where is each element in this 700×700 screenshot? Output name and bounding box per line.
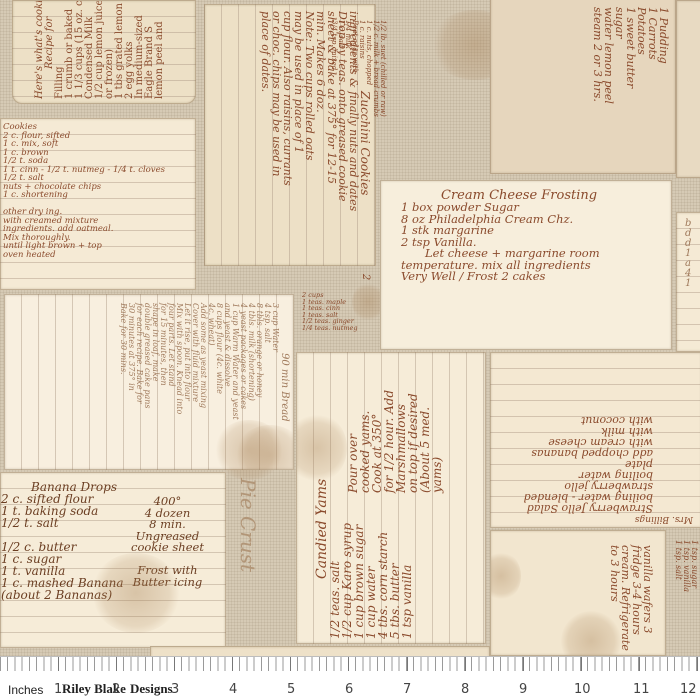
direction-line: Very Well / Frost 2 cakes bbox=[401, 271, 600, 283]
card-title: 90 min Bread bbox=[279, 303, 289, 422]
ruler-major-tick bbox=[232, 657, 233, 671]
direction-line: 8 cups flour (4c. white bbox=[215, 303, 223, 422]
direction-line: boiling water - blended bbox=[524, 492, 693, 503]
ingredient-line: 1 sweet butter bbox=[625, 7, 636, 104]
direction-line: shape in loaf, make bbox=[151, 303, 159, 422]
ingredient-line: 1 tsp vanilla bbox=[401, 479, 413, 639]
ruler-major-tick bbox=[290, 657, 291, 671]
ingredient-line: lemon peel and bbox=[155, 0, 165, 99]
direction-line: cup flour. Also raisins, currants bbox=[282, 11, 293, 211]
direction-line: may be used in place of 1 bbox=[293, 11, 304, 211]
pie-crust-title: Pie Crust bbox=[238, 478, 258, 572]
direction-line: four parts. Let stand bbox=[167, 303, 175, 422]
ingredient-line: 1 c. nuts, chopped bbox=[365, 20, 372, 117]
ruler-number: 4 bbox=[229, 682, 237, 697]
lemon-pie-text: Here's what's cookin Recipe for Filling … bbox=[35, 0, 165, 99]
ingredient-line: 1 tsp. sugar bbox=[690, 540, 698, 592]
ingredient-line: 1 tsp. vanilla bbox=[682, 540, 690, 592]
jello-salad-rotated: Mrs. Billings Strawberry Jello Salad boi… bbox=[491, 353, 700, 528]
ruler-number: 6 bbox=[345, 682, 353, 697]
direction-line: Bake for 30 mins. bbox=[119, 303, 127, 422]
ingredient-line: 1/2 lb. suet (chilled or raw) bbox=[379, 20, 386, 117]
recipe-card-candied-yams: Candied Yams 1/2 teas. salt 1/2 cup Karo… bbox=[296, 352, 486, 644]
candied-yams-directions: Pour over cooked yams. Cook at 350° for … bbox=[347, 390, 443, 493]
stain bbox=[296, 413, 347, 483]
ruler-major-tick bbox=[523, 657, 524, 671]
ruler-major-tick bbox=[348, 657, 349, 671]
card-title: Candied Yams bbox=[315, 479, 329, 639]
direction-line: Mix with spoon. Knead into bbox=[175, 303, 183, 422]
stain bbox=[235, 425, 294, 470]
direction-line: yams) bbox=[431, 390, 443, 493]
direction-line: Let it rise, put into flour bbox=[183, 303, 191, 422]
direction-line: Add some as yeast mixing bbox=[199, 303, 207, 422]
stain bbox=[490, 551, 521, 601]
recipe-card-oatmeal-cookies: Cookies 2 c. flour, sifted 1 c. mix, sof… bbox=[0, 118, 196, 290]
direction-line: for 15 minutes, then bbox=[159, 303, 167, 422]
cream-cheese-frosting-text: Cream Cheese Frosting 1 box powder Sugar… bbox=[401, 189, 600, 283]
ruler-major-tick bbox=[465, 657, 466, 671]
brand-name-part: Designs bbox=[130, 681, 173, 697]
ruler-number: 10 bbox=[574, 682, 591, 697]
direction-line: Cover with fluid mixture bbox=[191, 303, 199, 422]
ruler-major-tick bbox=[407, 657, 408, 671]
recipe-card-bottom-strip bbox=[150, 646, 490, 656]
direction-line: Note: Two cups rolled oats bbox=[304, 11, 315, 211]
ingredient-line: 1/2 t. salt bbox=[1, 517, 124, 529]
direction-line: with cream cheese bbox=[524, 437, 693, 448]
ingredient-line: 1 tsp. salt bbox=[674, 540, 682, 592]
ingredient-line: 1/2 c. milk + bread crumbs bbox=[372, 20, 379, 117]
oatmeal-cookies-text: Cookies 2 c. flour, sifted 1 c. mix, sof… bbox=[3, 123, 165, 259]
direction-line: for each recipe. Bake for bbox=[135, 303, 143, 422]
recipe-card-edge-fragment: b d d 1 a 4 1 bbox=[676, 212, 700, 352]
ruler-ticks bbox=[0, 657, 700, 671]
ruler-number: 11 bbox=[633, 682, 650, 697]
recipe-card-vanilla-wafers: vanilla wafers 3 fridge 3-4 hours cream.… bbox=[490, 530, 666, 656]
note-line: Butter icing bbox=[131, 577, 204, 589]
direction-line: oven heated bbox=[3, 251, 165, 260]
bread-text: 90 min Bread 3 cup Water 4 tsp. salt 8 t… bbox=[119, 303, 289, 422]
ingredient-line: 1 Pudding bbox=[658, 7, 669, 104]
direction-line: vanilla wafers 3 bbox=[642, 545, 653, 651]
ruler-major-tick bbox=[581, 657, 582, 671]
banana-drops-notes: 400° 4 dozen 8 min. Ungreased cookie she… bbox=[131, 496, 204, 588]
recipe-card-pudding: 1 Pudding 1 Carrots Potatoes 1 sweet but… bbox=[490, 0, 676, 174]
direction-line: 4c. wheat) bbox=[207, 303, 215, 422]
ingredient-line: 1/4 teas. nutmeg bbox=[302, 325, 358, 332]
recipe-card-banana-drops: Banana Drops 2 c. sifted flour 1 t. baki… bbox=[0, 472, 226, 648]
direction-line: fridge 3-4 hours bbox=[631, 545, 642, 651]
pudding-ingredients-text: 1/2 lb. suet (chilled or raw) 1/2 c. mil… bbox=[330, 20, 386, 117]
page-number: 2 bbox=[360, 274, 370, 280]
direction-line: and yeast & dissolve bbox=[223, 303, 231, 422]
card-title: Strawberry Jello Salad bbox=[524, 503, 693, 514]
direction-line: double greased cake pans bbox=[143, 303, 151, 422]
ruler-number: 2 bbox=[112, 682, 120, 697]
recipe-card-jello-salad: Mrs. Billings Strawberry Jello Salad boi… bbox=[490, 352, 700, 528]
direction-line: cream. Refrigerate bbox=[620, 545, 631, 651]
jello-salad-text: Mrs. Billings Strawberry Jello Salad boi… bbox=[524, 415, 693, 523]
signature: Mrs. Billings bbox=[524, 514, 693, 523]
recipe-card-cream-cheese-frosting: Cream Cheese Frosting 1 box powder Sugar… bbox=[380, 180, 672, 350]
vanilla-wafers-text: vanilla wafers 3 fridge 3-4 hours cream.… bbox=[609, 545, 653, 651]
recipe-card-90-min-bread: 90 min Bread 3 cup Water 4 tsp. salt 8 t… bbox=[4, 294, 294, 470]
candied-yams-ingredients: Candied Yams 1/2 teas. salt 1/2 cup Karo… bbox=[315, 479, 413, 639]
fragment-line: 1 bbox=[685, 279, 691, 289]
ruler-number: 7 bbox=[403, 682, 411, 697]
direction-line: 30 minutes at 375° in bbox=[127, 303, 135, 422]
ruler-major-tick bbox=[116, 657, 117, 671]
direction-line: steam 2 or 3 hrs. bbox=[592, 7, 603, 104]
ingredient-line: 1/4 milk bbox=[344, 20, 351, 117]
direction-line: water lemon peel bbox=[603, 7, 614, 104]
ruler-unit-label: Inches bbox=[8, 683, 43, 697]
direction-line: 1 cup Warm Water and yeast bbox=[231, 303, 239, 422]
ruler-number: 8 bbox=[461, 682, 469, 697]
ingredient-line: 3 cup Water bbox=[271, 303, 279, 422]
direction-line: with coconut bbox=[524, 415, 693, 426]
ingredient-line: 1 Carrots bbox=[647, 7, 658, 104]
spice-list-text: 2 cups 1 teas. maple 1 teas. cinn 1 teas… bbox=[302, 292, 358, 331]
recipe-card-edge-right bbox=[676, 0, 700, 178]
ingredient-line: 1 c. shortening bbox=[3, 191, 165, 200]
ingredient-line: 8 tbls. orange or honey bbox=[255, 303, 263, 422]
ingredient-line: 1 c. salt bbox=[337, 20, 344, 117]
ingredient-line: 1 c. raisins bbox=[358, 20, 365, 117]
vanilla-wafers-side-text: 1 tsp. sugar 1 tsp. vanilla 1 tsp. salt bbox=[674, 540, 698, 592]
fragment-text: b d d 1 a 4 1 bbox=[685, 219, 691, 289]
ruler-major-tick bbox=[174, 657, 175, 671]
ingredient-line: Beat eggs with bbox=[351, 20, 358, 117]
pudding-text: 1 Pudding 1 Carrots Potatoes 1 sweet but… bbox=[592, 7, 669, 104]
ingredient-line: 4 tbls. milk (shortening) bbox=[247, 303, 255, 422]
ingredient-line: 3/4 tsp. mixed bbox=[330, 20, 337, 117]
ingredient-line: (about 2 Bananas) bbox=[1, 589, 124, 601]
ruler-number: 5 bbox=[287, 682, 295, 697]
selvage-ruler: Inches Riley Blake Designs 1 2 3 4 5 6 7… bbox=[0, 656, 700, 700]
ingredient-line: 4 yeast packages or cakes bbox=[239, 303, 247, 422]
ruler-major-tick bbox=[58, 657, 59, 671]
ruler-number: 9 bbox=[519, 682, 527, 697]
ruler-major-tick bbox=[697, 657, 698, 671]
direction-line: add chopped bananas bbox=[524, 448, 693, 459]
direction-line: boiling water bbox=[524, 470, 693, 481]
recipe-card-lemon-pie: Here's what's cookin Recipe for Filling … bbox=[12, 0, 196, 104]
ruler-number: 3 bbox=[171, 682, 179, 697]
ruler-number: 1 bbox=[54, 682, 62, 697]
ingredient-line: 4 tsp. salt bbox=[263, 303, 271, 422]
ruler-number: 12 bbox=[680, 682, 697, 697]
ruler-major-tick bbox=[639, 657, 640, 671]
recipe-card-fabric-print: Here's what's cookin Recipe for Filling … bbox=[0, 0, 700, 656]
banana-drops-ingredients: Banana Drops 2 c. sifted flour 1 t. baki… bbox=[1, 481, 124, 601]
